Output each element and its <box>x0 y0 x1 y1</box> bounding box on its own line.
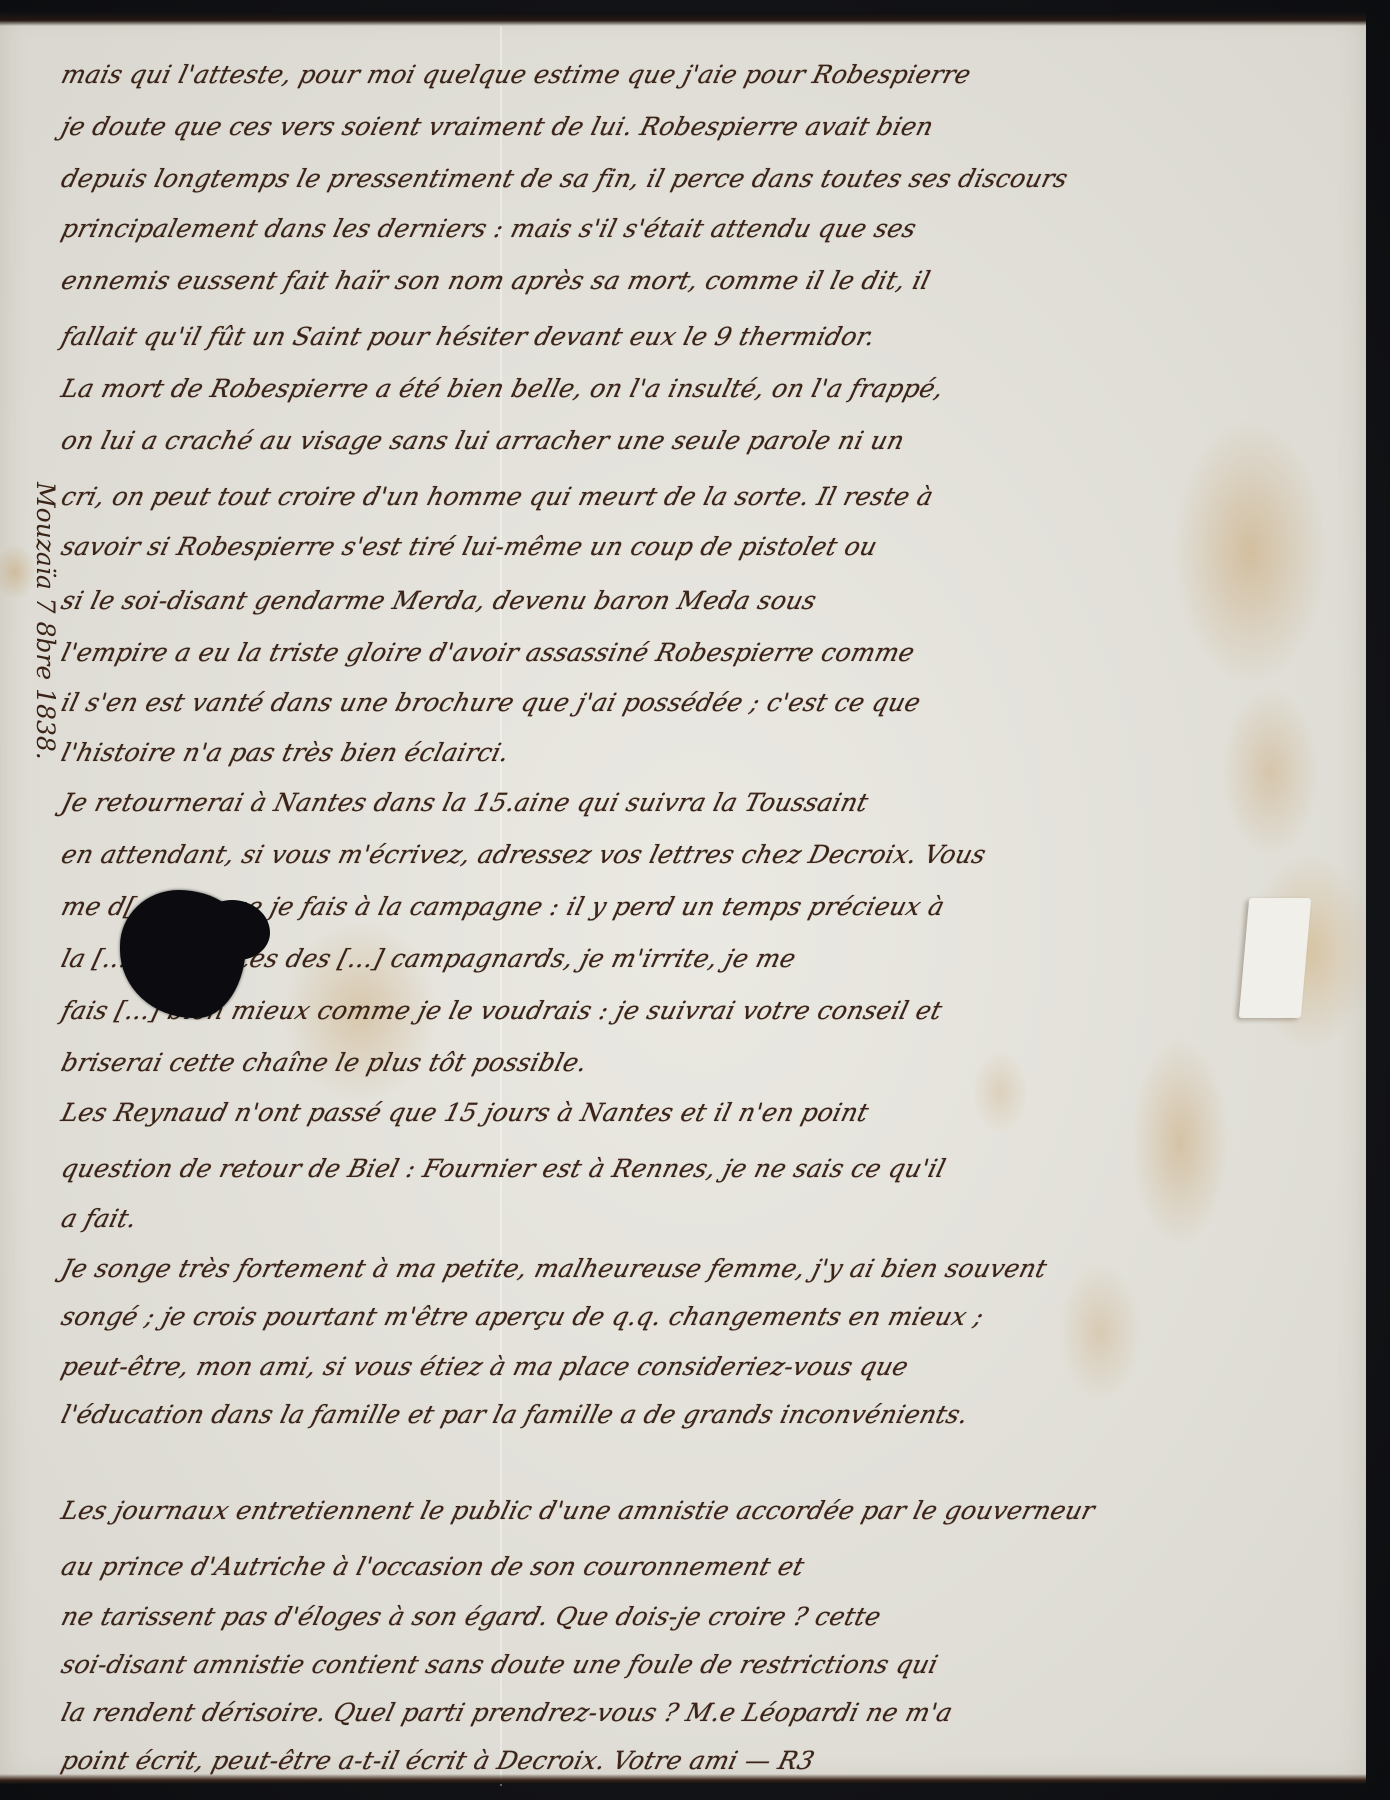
letter-line: Les journaux entretiennent le public d'u… <box>58 1496 1098 1525</box>
letter-line: principalement dans les derniers : mais … <box>58 214 919 243</box>
letter-line: question de retour de Biel : Fournier es… <box>58 1154 948 1183</box>
letter-line: ennemis eussent fait haïr son nom après … <box>58 266 933 295</box>
letter-line: ne tarissent pas d'éloges à son égard. Q… <box>58 1602 884 1631</box>
letter-line: il s'en est vanté dans une brochure que … <box>58 688 923 717</box>
paper-repair-patch <box>1239 898 1311 1018</box>
letter-line: songé ; je crois pourtant m'être aperçu … <box>58 1302 986 1331</box>
letter-line: cri, on peut tout croire d'un homme qui … <box>58 482 936 511</box>
letter-line: point écrit, peut-être a-t-il écrit à De… <box>58 1746 817 1775</box>
letter-line: a fait. <box>58 1204 140 1233</box>
letter-line: en attendant, si vous m'écrivez, adresse… <box>58 840 989 869</box>
letter-line: depuis longtemps le pressentiment de sa … <box>58 164 1071 193</box>
letter-line: l'éducation dans la famille et par la fa… <box>58 1400 971 1429</box>
letter-line: savoir si Robespierre s'est tiré lui-mêm… <box>58 532 880 561</box>
letter-line: peut-être, mon ami, si vous étiez à ma p… <box>58 1352 911 1381</box>
letter-line: fallait qu'il fût un Saint pour hésiter … <box>58 322 878 351</box>
letter-line: on lui a craché au visage sans lui arrac… <box>58 426 907 455</box>
paper-bottom-edge <box>0 1774 1366 1784</box>
letter-line: Les Reynaud n'ont passé que 15 jours à N… <box>58 1098 871 1127</box>
letter-line: Je songe très fortement à ma petite, mal… <box>58 1254 1050 1283</box>
letter-line: la rendent dérisoire. Quel parti prendre… <box>58 1698 955 1727</box>
letter-line: soi-disant amnistie contient sans doute … <box>58 1650 941 1679</box>
letter-line: je doute que ces vers soient vraiment de… <box>58 112 936 141</box>
letter-line: mais qui l'atteste, pour moi quelque est… <box>58 60 974 89</box>
letter-line: au prince d'Autriche à l'occasion de son… <box>58 1552 807 1581</box>
letter-line: Je retournerai à Nantes dans la 15.aine … <box>58 788 871 817</box>
letter-line: La mort de Robespierre a été bien belle,… <box>58 374 946 403</box>
letter-line: briserai cette chaîne le plus tôt possib… <box>58 1048 590 1077</box>
letter-line: si le soi-disant gendarme Merda, devenu … <box>58 586 819 615</box>
letter-line: l'empire a eu la triste gloire d'avoir a… <box>58 638 917 667</box>
margin-date-note: Mouzaïa 7 8bre 1838. <box>31 482 60 760</box>
letter-line: l'histoire n'a pas très bien éclairci. <box>58 738 512 767</box>
letter-page: mais qui l'atteste, pour moi quelque est… <box>0 12 1366 1784</box>
